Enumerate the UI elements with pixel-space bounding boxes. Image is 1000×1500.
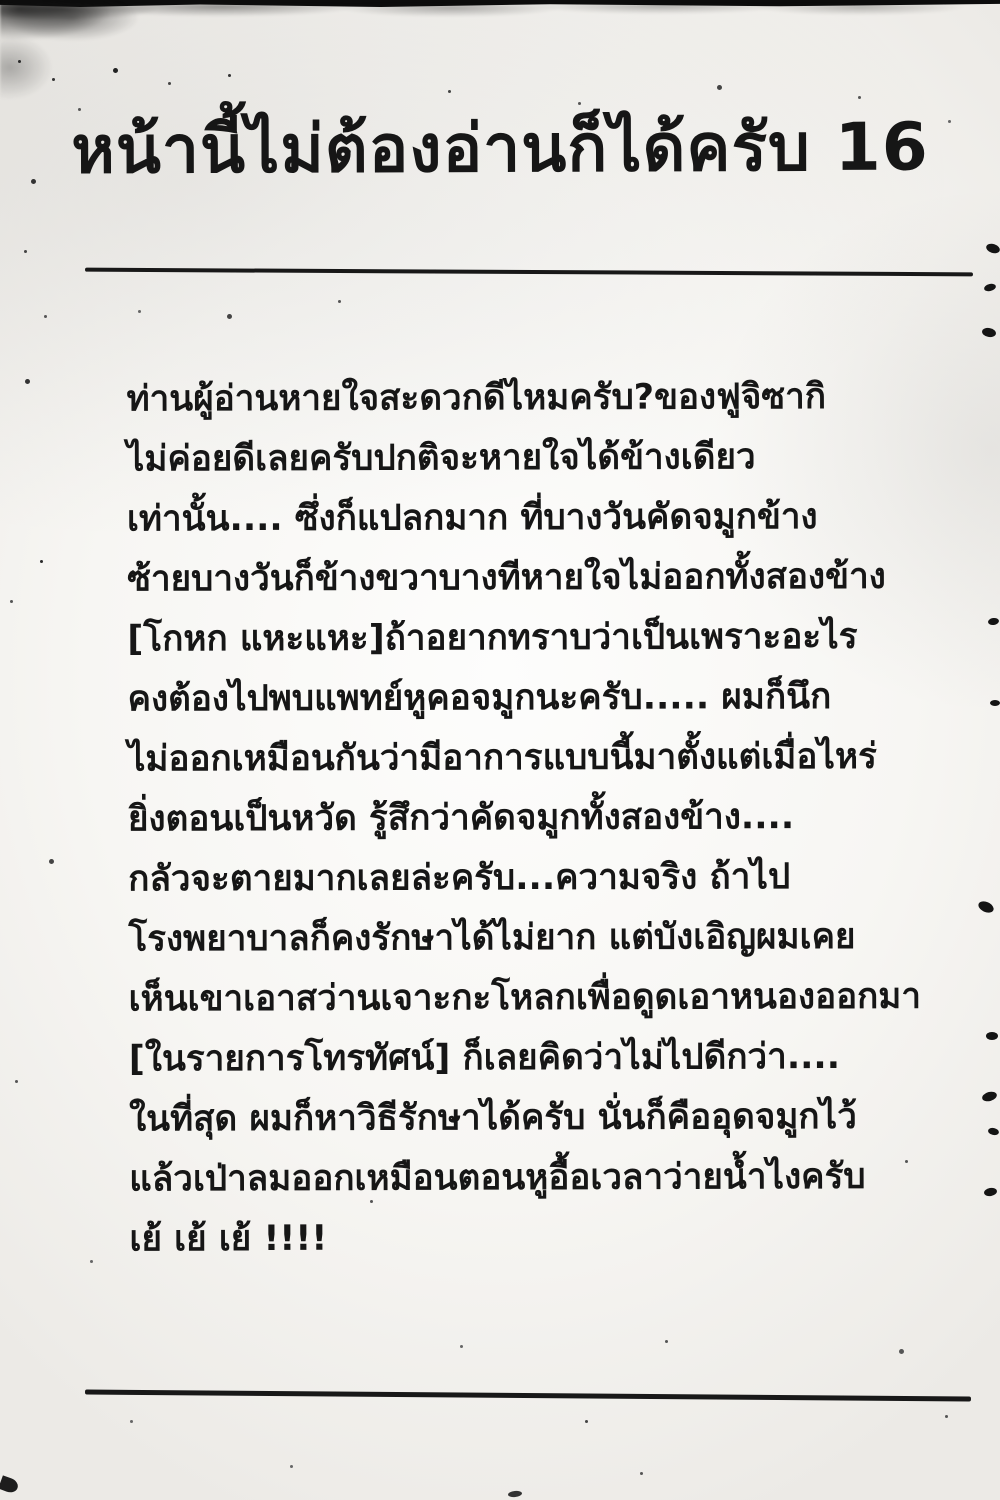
body-text-line: แล้วเป่าลมออกเหมือนตอนหูอื้อเวลาว่ายน้ำไ… <box>129 1147 939 1210</box>
scan-bottom-edge-mark <box>508 1490 523 1497</box>
scan-right-edge-mark <box>988 617 1000 625</box>
scan-right-edge-mark <box>981 1090 998 1103</box>
scanned-manga-author-note-page: หน้านี้ไม่ต้องอ่านก็ได้ครับ 16 ท่านผู้อ่… <box>0 0 1000 1500</box>
scan-right-edge-mark <box>986 1032 998 1040</box>
bottom-divider-line <box>85 1390 971 1402</box>
body-text-line: ไม่ค่อยดีเลยครับปกติจะหายใจได้ข้างเดียว <box>127 427 937 490</box>
scan-right-edge-mark <box>977 899 996 915</box>
scan-right-edge-mark <box>985 242 1000 255</box>
scan-right-edge-mark <box>990 700 1000 706</box>
page-title: หน้านี้ไม่ต้องอ่านก็ได้ครับ 16 <box>60 94 940 202</box>
body-text-line: คงต้องไปพบแพทย์หูคอจมูกนะครับ..... ผมก็น… <box>127 667 937 730</box>
scan-noise-speckles <box>18 60 21 63</box>
body-text-line: ท่านผู้อ่านหายใจสะดวกดีไหมครับ?ของฟูจิซา… <box>126 367 936 430</box>
body-text-line: กลัวจะตายมากเลยล่ะครับ...ความจริง ถ้าไป <box>128 847 938 910</box>
body-text-line: ไม่ออกเหมือนกันว่ามีอาการแบบนี้มาตั้งแต่… <box>128 727 938 790</box>
body-text-line: เห็นเขาเอาสว่านเจาะกะโหลกเพื่อดูดเอาหนอง… <box>129 967 939 1030</box>
scan-noise-speckles <box>40 560 43 563</box>
scan-bottom-left-corner-mark <box>0 1475 20 1494</box>
body-text-line: เท่านั้น.... ซึ่งก็แปลกมาก ที่บางวันคัดจ… <box>127 487 937 550</box>
body-text-line: [โกหก แหะแหะ]ถ้าอยากทราบว่าเป็นเพราะอะไร <box>127 607 937 670</box>
scan-right-edge-mark <box>983 1187 997 1197</box>
top-divider-line <box>85 268 973 277</box>
body-text-line: [ในรายการโทรทัศน์] ก็เลยคิดว่าไม่ไปดีกว่… <box>129 1027 939 1090</box>
scan-right-edge-mark <box>981 327 996 338</box>
body-text-line: โรงพยาบาลก็คงรักษาได้ไม่ยาก แต่บังเอิญผม… <box>128 907 938 970</box>
body-text-line: ในที่สุด ผมก็หาวิธีรักษาได้ครับ นั่นก็คื… <box>129 1087 939 1150</box>
body-text-line: เย้ เย้ เย้ !!!! <box>129 1207 939 1270</box>
author-note-body: ท่านผู้อ่านหายใจสะดวกดีไหมครับ?ของฟูจิซา… <box>126 367 939 1270</box>
body-text-line: ยิ่งตอนเป็นหวัด รู้สึกว่าคัดจมูกทั้งสองข… <box>128 787 938 850</box>
body-text-line: ซ้ายบางวันก็ข้างขวาบางทีหายใจไม่ออกทั้งส… <box>127 547 937 610</box>
scan-right-edge-mark <box>983 283 996 293</box>
scan-right-edge-mark <box>987 1127 999 1136</box>
